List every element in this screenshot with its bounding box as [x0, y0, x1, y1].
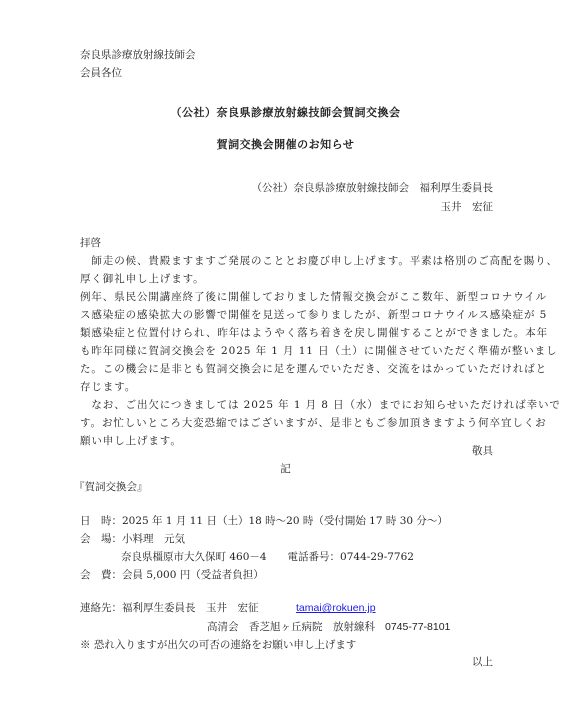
body-line: 願い申し上げます。 [80, 434, 182, 448]
contact-note: ※ 恐れ入りますが出欠の可否の連絡をお願い申し上げます [80, 638, 356, 652]
addressee-recipients: 会員各位 [80, 66, 122, 80]
body-line: 厚く御礼申し上げます。 [80, 272, 205, 286]
body-line: 類感染症と位置付けられ、昨年はようやく落ち着きを戻し開催することができました。本… [80, 326, 548, 340]
addressee-organization: 奈良県診療放射線技師会 [80, 48, 196, 62]
contact-email-link[interactable]: tamai@rokuen.jp [296, 601, 376, 615]
contact-phone: 0745-77-8101 [385, 620, 450, 634]
body-line: ス感染症の感染拡大の影響で開催を見送って参りましたが、新型コロナウイルス感染症が… [80, 308, 547, 322]
event-venue: 会 場：小料理 元気 [80, 532, 185, 546]
end-mark-ijou: 以上 [472, 655, 493, 669]
sender-organization-role: （公社）奈良県診療放射線技師会 福利厚生委員長 [252, 181, 494, 195]
body-line: も昨年同様に賀詞交換会を 2025 年 1 月 11 日（土）に開催させていただ… [80, 344, 558, 358]
event-datetime: 日 時：2025 年 1 月 11 日（土）18 時～20 時（受付開始 17 … [80, 514, 448, 528]
sender-name: 玉井 宏征 [441, 200, 494, 214]
event-fee: 会 費：会員 5,000 円（受益者負担） [80, 568, 264, 582]
body-line: す。お忙しいところ大変恐縮ではございますが、是非ともご参加頂きますよう何卒宜しく… [80, 416, 547, 430]
contact-person: 連絡先：福利厚生委員長 玉井 宏征 [80, 601, 259, 615]
body-line: なお、ご出欠につきましては 2025 年 1 月 8 日（水）までにお知らせいた… [80, 398, 561, 412]
salutation: 拝啓 [80, 236, 101, 250]
body-line: 例年、県民公開講座終了後に開催しておりました情報交換会がここ数年、新型コロナウイ… [80, 290, 547, 304]
body-line: た。この機会に是非とも賀詞交換会に足を運んでいただき、交流をはかっていただければ… [80, 362, 547, 376]
closing-keigu: 敬具 [472, 444, 493, 458]
document-subtitle: 賀詞交換会開催のお知らせ [0, 138, 571, 152]
event-name: 『賀詞交換会』 [74, 480, 148, 494]
notation-ki: 記 [0, 462, 571, 476]
body-line: 師走の候、貴殿ますますご発展のこととお慶び申し上げます。平素は格別のご高配を賜り… [80, 254, 558, 268]
body-line: 存じます。 [80, 380, 136, 394]
document-title: （公社）奈良県診療放射線技師会賀詞交換会 [0, 106, 571, 120]
event-address: 奈良県橿原市大久保町 460－4 電話番号：0744-29-7762 [121, 550, 414, 564]
contact-affiliation: 高清会 香芝旭ヶ丘病院 放射線科 [207, 620, 375, 634]
